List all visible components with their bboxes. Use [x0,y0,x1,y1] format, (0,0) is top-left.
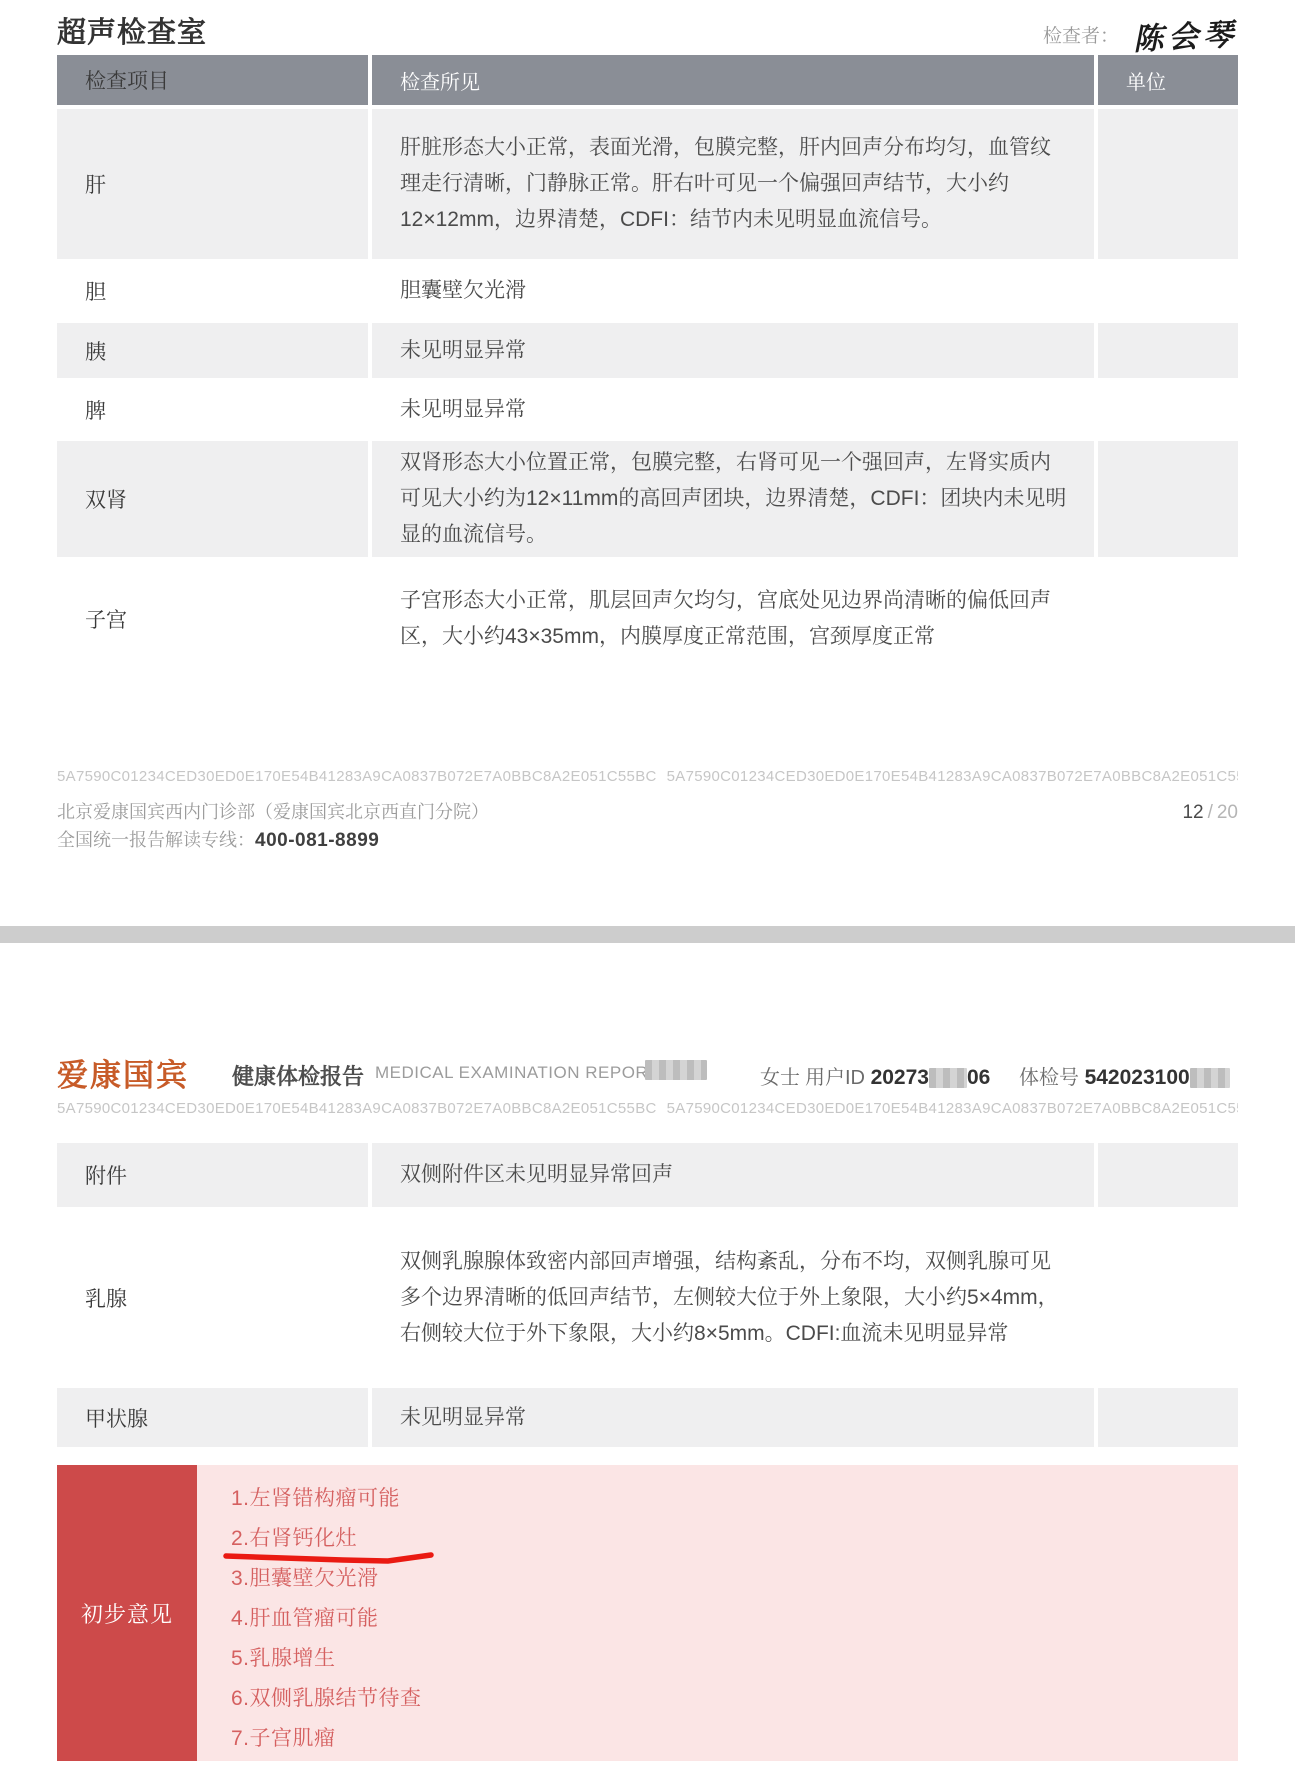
table-row-finding-adnexa: 双侧附件区未见明显异常回声 [372,1143,1094,1207]
table-row-item-liver: 肝 [57,109,368,259]
table-row-unit-gallbladder [1098,263,1238,319]
table-row-unit-pancreas [1098,323,1238,378]
ultrasound-table: 检查项目 检查所见 单位 肝 肝脏形态大小正常，表面光滑，包膜完整，肝内回声分布… [57,55,1238,677]
table-row-item-kidneys: 双肾 [57,441,368,557]
redacted-exam-no [1190,1068,1230,1088]
serial-hash-line: 5A7590C01234CED30ED0E170E54B41283A9CA083… [57,1100,1238,1117]
page-current: 12 [1182,802,1203,823]
table-row-finding-pancreas: 未见明显异常 [372,323,1094,378]
table-row-unit-uterus [1098,561,1238,677]
column-header-finding: 检查所见 [372,55,1094,105]
opinion-item-underlined: 2.右肾钙化灶 [231,1519,1218,1559]
hotline-label: 全国统一报告解读专线： [57,830,255,850]
table-row-unit-liver [1098,109,1238,259]
finding-text: 双侧附件区未见明显异常回声 [400,1157,673,1193]
serial-hash: 5A7590C01234CED30ED0E170E54B41283A9CA083… [667,1100,1238,1117]
hotline-row: 全国统一报告解读专线：400-081-8899 [57,826,379,852]
exam-no-field: 体检号 542023100 [1019,1061,1230,1090]
footer-row: 北京爱康国宾西内门诊部（爱康国宾北京西直门分院） 12/20 [57,798,1238,824]
opinion-item: 5.乳腺增生 [231,1639,1218,1679]
patient-gender: 女士 [760,1061,800,1090]
table-row-finding-kidneys: 双肾形态大小位置正常，包膜完整，右肾可见一个强回声，左肾实质内可见大小约为12×… [372,441,1094,557]
examiner-label: 检查者： [1043,21,1119,48]
table-row-item-uterus: 子宫 [57,561,368,677]
preliminary-opinion-section: 初步意见 1.左肾错构瘤可能 2.右肾钙化灶 3.胆囊壁欠光滑 4.肝血管瘤可能… [57,1465,1238,1761]
page-title: 超声检查室 [57,10,207,51]
exam-no-number: 542023100 [1085,1066,1190,1089]
table-row-item-pancreas: 胰 [57,323,368,378]
report-title: 健康体检报告 [232,1060,364,1091]
page-total: 20 [1217,802,1238,823]
opinion-item-text: 2.右肾钙化灶 [231,1527,357,1550]
table-row-finding-spleen: 未见明显异常 [372,382,1094,437]
serial-hash: 5A7590C01234CED30ED0E170E54B41283A9CA083… [57,768,657,785]
user-id-field: 用户ID 2027306 [805,1061,990,1090]
finding-text: 未见明显异常 [400,1400,526,1436]
serial-hash: 5A7590C01234CED30ED0E170E54B41283A9CA083… [57,1100,657,1117]
page-number: 12/20 [1182,802,1238,824]
table-row-finding-breast: 双侧乳腺腺体致密内部回声增强，结构紊乱，分布不均，双侧乳腺可见多个边界清晰的低回… [372,1211,1094,1384]
opinion-item: 1.左肾错构瘤可能 [231,1479,1218,1519]
report-title-en: MEDICAL EXAMINATION REPORT [375,1063,659,1083]
ultrasound-table-continued: 附件 双侧附件区未见明显异常回声 乳腺 双侧乳腺腺体致密内部回声增强，结构紊乱，… [57,1143,1238,1447]
table-row-finding-liver: 肝脏形态大小正常，表面光滑，包膜完整，肝内回声分布均匀，血管纹理走行清晰，门静脉… [372,109,1094,259]
finding-text: 未见明显异常 [400,333,526,369]
column-header-item: 检查项目 [57,55,368,105]
table-row-finding-uterus: 子宫形态大小正常，肌层回声欠均匀，宫底处见边界尚清晰的偏低回声区，大小约43×3… [372,561,1094,677]
table-row-finding-gallbladder: 胆囊壁欠光滑 [372,263,1094,319]
finding-text: 胆囊壁欠光滑 [400,273,526,309]
opinion-item: 6.双侧乳腺结节待查 [231,1679,1218,1719]
user-id-prefix: 20273 [871,1066,929,1089]
table-row-unit-thyroid [1098,1388,1238,1447]
column-header-unit: 单位 [1098,55,1238,105]
brand-logo: 爱康国宾 [57,1050,189,1095]
table-row-unit-spleen [1098,382,1238,437]
table-row-finding-thyroid: 未见明显异常 [372,1388,1094,1447]
finding-text: 肝脏形态大小正常，表面光滑，包膜完整，肝内回声分布均匀，血管纹理走行清晰，门静脉… [400,130,1070,238]
opinion-item: 3.胆囊壁欠光滑 [231,1559,1218,1599]
redacted-patient-name [645,1060,707,1080]
clinic-name: 北京爱康国宾西内门诊部（爱康国宾北京西直门分院） [57,798,489,824]
table-row-unit-adnexa [1098,1143,1238,1207]
user-id-suffix: 06 [967,1066,990,1089]
report-page: 超声检查室 检查者： 陈会琴 检查项目 检查所见 单位 肝 肝脏形态大小正常，表… [0,0,1295,1776]
report-header: 爱康国宾 健康体检报告 MEDICAL EXAMINATION REPORT 女… [57,1048,1238,1094]
serial-hash-line: 5A7590C01234CED30ED0E170E54B41283A9CA083… [57,768,1238,785]
opinion-item: 4.肝血管瘤可能 [231,1599,1218,1639]
table-row-item-gallbladder: 胆 [57,263,368,319]
finding-text: 双侧乳腺腺体致密内部回声增强，结构紊乱，分布不均，双侧乳腺可见多个边界清晰的低回… [400,1244,1070,1352]
exam-no-label: 体检号 [1019,1067,1079,1089]
opinion-list: 1.左肾错构瘤可能 2.右肾钙化灶 3.胆囊壁欠光滑 4.肝血管瘤可能 5.乳腺… [197,1465,1238,1761]
finding-text: 子宫形态大小正常，肌层回声欠均匀，宫底处见边界尚清晰的偏低回声区，大小约43×3… [400,583,1070,655]
page-separator: / [1208,802,1213,823]
table-row-unit-kidneys [1098,441,1238,557]
page-divider [0,926,1295,943]
table-row-item-thyroid: 甲状腺 [57,1388,368,1447]
table-row-item-adnexa: 附件 [57,1143,368,1207]
redacted-user-id [929,1068,967,1088]
examiner-block: 检查者： 陈会琴 [1043,12,1238,56]
user-id-label: 用户ID [805,1067,865,1089]
finding-text: 双肾形态大小位置正常，包膜完整，右肾可见一个强回声，左肾实质内可见大小约为12×… [400,445,1070,553]
opinion-item: 7.子宫肌瘤 [231,1719,1218,1759]
hotline-number: 400-081-8899 [255,830,379,851]
serial-hash: 5A7590C01234CED30ED0E170E54B41283A9CA083… [667,768,1238,785]
opinion-label: 初步意见 [57,1465,197,1761]
table-row-item-spleen: 脾 [57,382,368,437]
examiner-signature: 陈会琴 [1132,9,1239,58]
finding-text: 未见明显异常 [400,392,526,428]
table-row-unit-breast [1098,1211,1238,1384]
table-row-item-breast: 乳腺 [57,1211,368,1384]
